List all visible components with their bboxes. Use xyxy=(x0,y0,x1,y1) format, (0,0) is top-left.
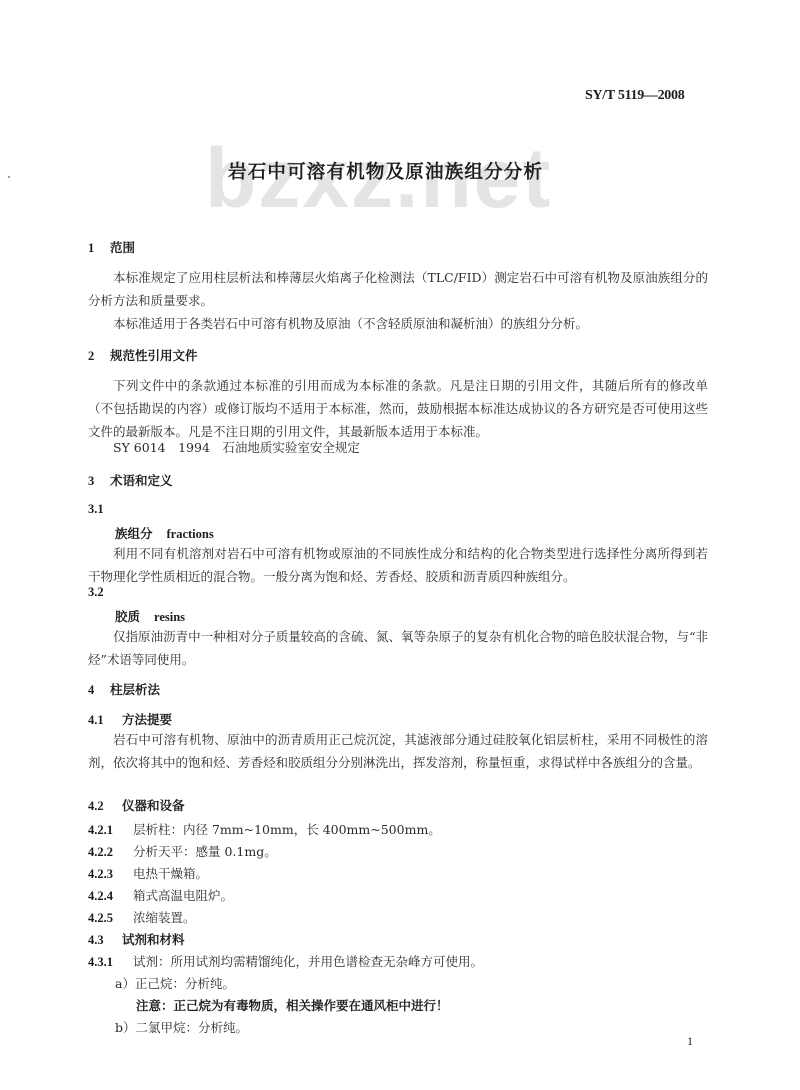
clause-4-2-3: 4.2.3电热干燥箱。 xyxy=(88,864,208,882)
list-text: 二氯甲烷：分析纯。 xyxy=(136,1020,249,1035)
term-definition: 利用不同有机溶剂对岩石中可溶有机物或原油的不同族性成分和结构的化合物类型进行选择… xyxy=(88,542,708,588)
term-en: fractions xyxy=(167,527,214,541)
section-1-heading: 1范围 xyxy=(88,238,135,256)
safety-note: 注意：正己烷为有毒物质，相关操作要在通风柜中进行！ xyxy=(136,996,449,1014)
subsection-number: 4.3 xyxy=(88,933,122,948)
section-2-para-1: 下列文件中的条款通过本标准的引用而成为本标准的条款。凡是注日期的引用文件，其随后… xyxy=(88,374,708,443)
subsection-number: 4.1 xyxy=(88,713,122,728)
section-title: 范围 xyxy=(110,240,135,255)
clause-number: 4.2.3 xyxy=(88,867,133,882)
term-number: 3.1 xyxy=(88,502,104,517)
section-number: 4 xyxy=(88,683,110,698)
list-item-a: a）正己烷：分析纯。 xyxy=(115,974,235,992)
clause-text: 浓缩装置。 xyxy=(133,910,196,925)
clause-number: 4.2.5 xyxy=(88,911,133,926)
clause-4-2-1: 4.2.1层析柱：内径 7mm~10mm，长 400mm~500mm。 xyxy=(88,820,441,838)
section-1-para-1: 本标准规定了应用柱层析法和棒薄层火焰离子化检测法（TLC/FID）测定岩石中可溶… xyxy=(88,266,708,312)
term-definition: 仅指原油沥青中一种相对分子质量较高的含硫、氮、氧等杂原子的复杂有机化合物的暗色胶… xyxy=(88,625,708,671)
subsection-number: 4.2 xyxy=(88,799,122,814)
list-item-b: b）二氯甲烷：分析纯。 xyxy=(115,1018,248,1036)
section-number: 2 xyxy=(88,349,110,364)
list-text: 正己烷：分析纯。 xyxy=(135,976,235,991)
section-1-para-2: 本标准适用于各类岩石中可溶有机物及原油（不含轻质原油和凝析油）的族组分分析。 xyxy=(88,312,708,335)
subsection-4-2-heading: 4.2仪器和设备 xyxy=(88,796,185,814)
section-title: 柱层析法 xyxy=(110,682,160,697)
normative-reference: SY 6014 1994 石油地质实验室安全规定 xyxy=(88,436,708,459)
section-4-heading: 4柱层析法 xyxy=(88,680,160,698)
subsection-title: 方法提要 xyxy=(122,712,172,727)
section-2-heading: 2规范性引用文件 xyxy=(88,346,198,364)
term-resins: 胶质resins xyxy=(115,607,185,625)
clause-4-2-5: 4.2.5浓缩装置。 xyxy=(88,908,196,926)
standard-code: SY/T 5119—2008 xyxy=(585,88,684,104)
scan-speck xyxy=(8,176,10,178)
document-title: 岩石中可溶有机物及原油族组分分析 xyxy=(228,158,543,184)
section-title: 规范性引用文件 xyxy=(110,348,198,363)
section-3-heading: 3术语和定义 xyxy=(88,471,173,489)
section-number: 1 xyxy=(88,241,110,256)
subsection-4-1-heading: 4.1方法提要 xyxy=(88,710,172,728)
section-number: 3 xyxy=(88,474,110,489)
clause-number: 4.2.2 xyxy=(88,845,133,860)
subsection-title: 试剂和材料 xyxy=(122,932,185,947)
subsection-4-3-heading: 4.3试剂和材料 xyxy=(88,930,185,948)
term-cn: 胶质 xyxy=(115,609,140,624)
clause-text: 分析天平：感量 0.1mg。 xyxy=(133,844,277,859)
clause-4-2-4: 4.2.4箱式高温电阻炉。 xyxy=(88,886,233,904)
clause-number: 4.2.1 xyxy=(88,823,133,838)
clause-number: 4.3.1 xyxy=(88,955,133,970)
term-en: resins xyxy=(154,610,185,624)
clause-text: 层析柱：内径 7mm~10mm，长 400mm~500mm。 xyxy=(133,822,441,837)
list-label: a） xyxy=(115,976,135,991)
subsection-title: 仪器和设备 xyxy=(122,798,185,813)
term-number: 3.2 xyxy=(88,585,104,600)
clause-text: 电热干燥箱。 xyxy=(133,866,208,881)
clause-number: 4.2.4 xyxy=(88,889,133,904)
page-number: 1 xyxy=(687,1034,693,1049)
method-summary: 岩石中可溶有机物、原油中的沥青质用正己烷沉淀，其滤液部分通过硅胶氧化铝层析柱，采… xyxy=(88,728,708,774)
list-label: b） xyxy=(115,1020,136,1035)
term-fractions: 族组分fractions xyxy=(115,524,214,542)
clause-text: 试剂：所用试剂均需精馏纯化，并用色谱检查无杂峰方可使用。 xyxy=(133,954,483,969)
section-title: 术语和定义 xyxy=(110,473,173,488)
term-cn: 族组分 xyxy=(115,526,153,541)
clause-text: 箱式高温电阻炉。 xyxy=(133,888,233,903)
clause-4-2-2: 4.2.2分析天平：感量 0.1mg。 xyxy=(88,842,277,860)
clause-4-3-1: 4.3.1试剂：所用试剂均需精馏纯化，并用色谱检查无杂峰方可使用。 xyxy=(88,952,483,970)
